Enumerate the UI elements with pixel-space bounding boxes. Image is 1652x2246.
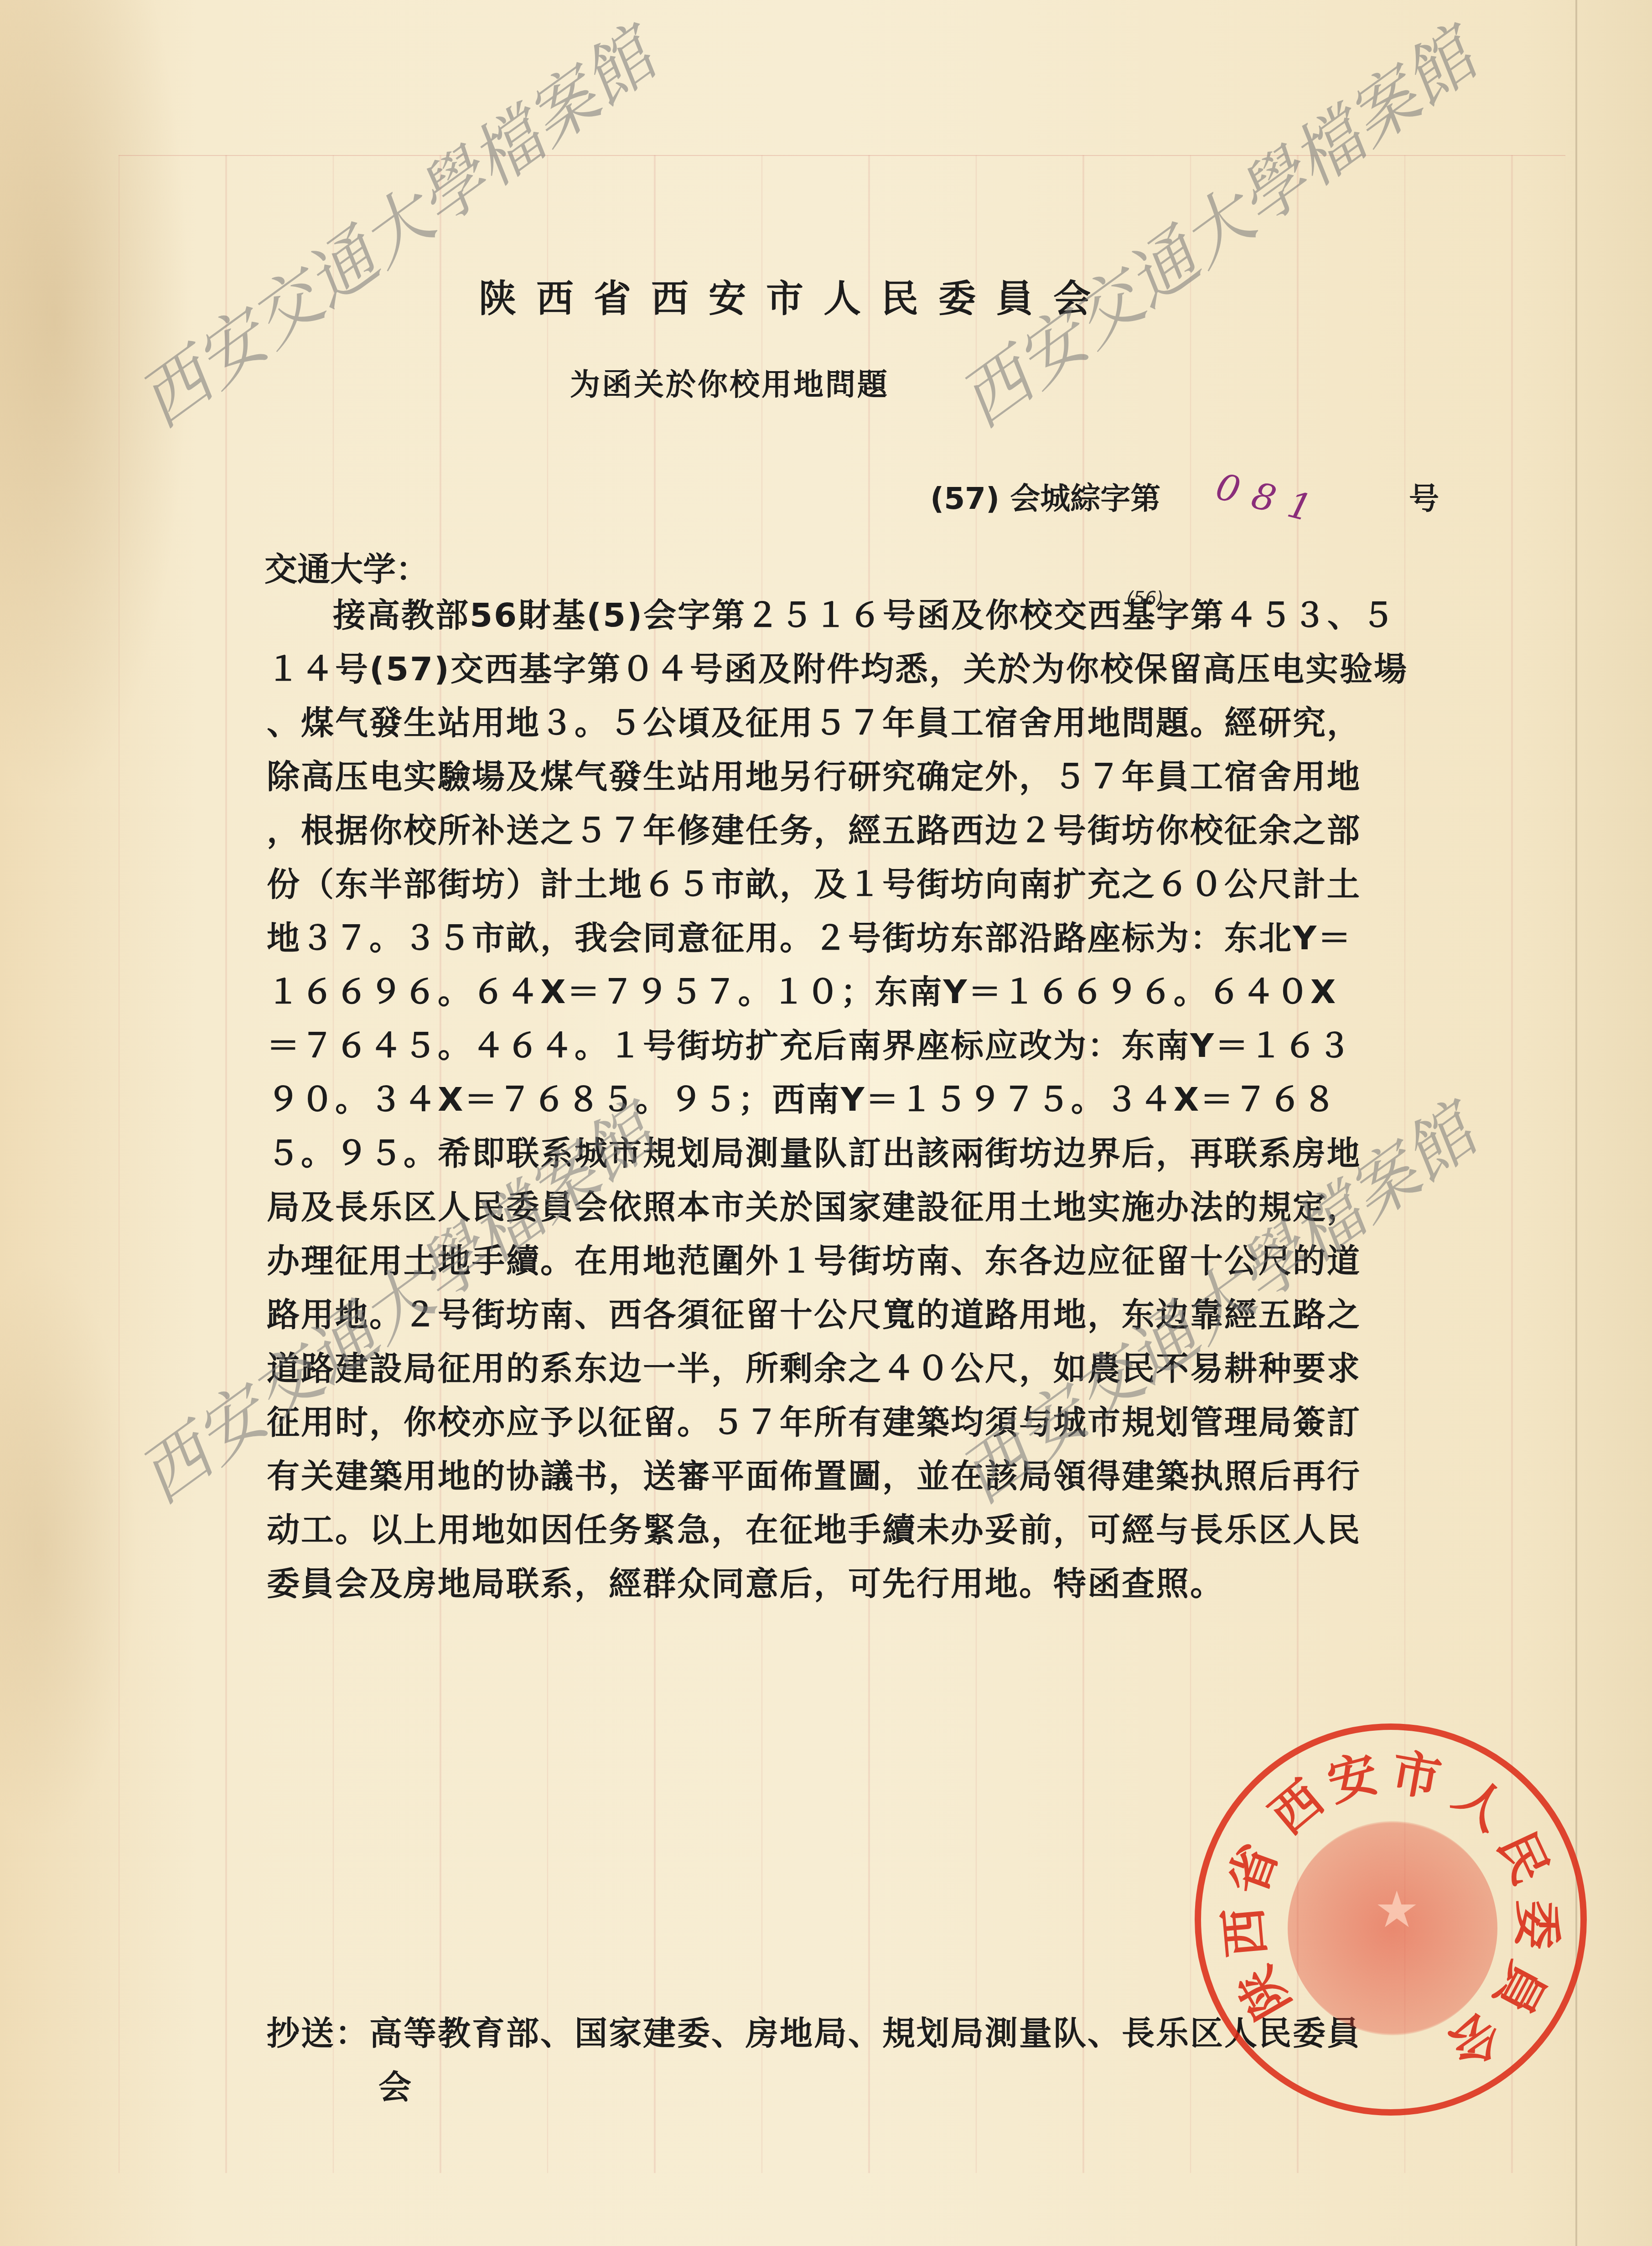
seal-ring-text: 陕 西 省 西 安 市 人 民 委 員 会 — [1201, 1730, 1580, 2109]
body-line: 征用时，你校亦应予以征留。５７年所有建築均須与城市規划管理局簽訂 — [267, 1395, 1557, 1449]
body-line: 局及長乐区人民委員会依照本市关於国家建設征用土地实施办法的規定， — [267, 1180, 1557, 1234]
addressee: 交通大学： — [264, 543, 429, 590]
body-line: ，根据你校所补送之５７年修建任务，經五路西边２号街坊你校征余之部 — [267, 803, 1557, 857]
body-line: 、煤气發生站用地３。５公頃及征用５７年員工宿舍用地問題。經研究， — [267, 696, 1557, 750]
document-number: (57) 会城綜字第 081 号 — [930, 474, 1160, 518]
body-line: 路用地。２号街坊南、西各須征留十公尺寬的道路用地，东边靠經五路之 — [267, 1288, 1557, 1341]
document-subject: 为函关於你校用地問題 — [570, 360, 889, 404]
document-number-suffix: 号 — [1409, 474, 1439, 518]
body-line: 地３７。３５市畝，我会同意征用。２号街坊东部沿路座标为：东北Y＝ — [267, 911, 1557, 965]
body-line: １４号(57)交西基字第０４号函及附件均悉，关於为你校保留高压电实验場 — [267, 642, 1557, 696]
body-line: ５。９５。希即联系城市規划局測量队訂出該兩街坊边界后，再联系房地 — [267, 1126, 1557, 1180]
body-line: 动工。以上用地如因任务緊急，在征地手續未办妥前，可經与長乐区人民 — [267, 1503, 1557, 1557]
letter-body: 接高教部56財基(5)会字第２５１６号函及你校交西基字第４５３、５ １４号(57… — [267, 588, 1557, 1610]
body-line: ９０。３４X＝７６８５。９５；西南Y＝１５９７５。３４X＝７６８ — [267, 1072, 1557, 1126]
body-line: 接高教部56財基(5)会字第２５１６号函及你校交西基字第４５３、５ — [267, 588, 1557, 642]
body-line: １６６９６。６４X＝７９５７。１０；东南Y＝１６６９６。６４０X — [267, 965, 1557, 1019]
body-line: 有关建築用地的协議书，送審平面佈置圖，並在該局領得建築执照后再行 — [267, 1449, 1557, 1503]
body-line: 办理征用土地手續。在用地范圍外１号街坊南、东各边应征留十公尺的道 — [267, 1234, 1557, 1288]
official-red-seal: ★ 陕 西 省 西 安 市 人 民 委 員 会 — [1195, 1723, 1587, 2116]
issuer-title: 陕西省西安市人民委員会 — [479, 269, 1254, 322]
body-line: 委員会及房地局联系，經群众同意后，可先行用地。特函查照。 — [267, 1557, 1557, 1610]
body-line: 道路建設局征用的系东边一半，所剩余之４０公尺，如農民不易耕种要求 — [267, 1341, 1557, 1395]
document-number-prefix: (57) 会城綜字第 — [930, 481, 1160, 516]
body-line: 份（东半部街坊）計土地６５市畝，及１号街坊向南扩充之６０公尺計土 — [267, 857, 1557, 911]
body-line: 除高压电实驗場及煤气發生站用地另行研究确定外，５７年員工宿舍用地 — [267, 750, 1557, 803]
body-line: ＝７６４５。４６４。１号街坊扩充后南界座标应改为：东南Y＝１６３ — [267, 1019, 1557, 1072]
cc-label: 抄送： — [267, 2014, 369, 2052]
